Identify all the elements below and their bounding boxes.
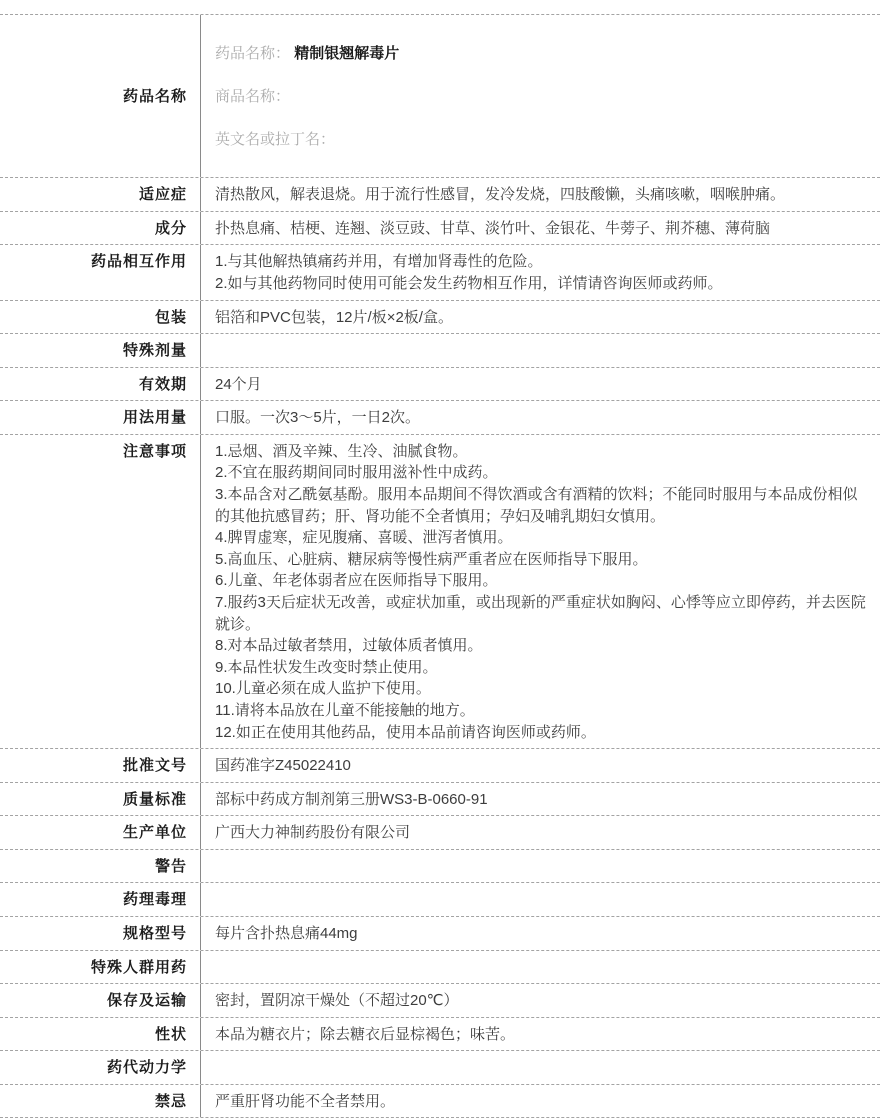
row-properties: 性状 本品为糖衣片；除去糖衣后显棕褐色；味苦。 xyxy=(0,1018,880,1052)
row-label: 警告 xyxy=(0,850,201,883)
row-label: 药品名称 xyxy=(0,15,201,177)
row-drug-interactions: 药品相互作用 1.与其他解热镇痛药并用，有增加肾毒性的危险。 2.如与其他药物同… xyxy=(0,245,880,300)
row-label: 生产单位 xyxy=(0,816,201,849)
row-value: 1.与其他解热镇痛药并用，有增加肾毒性的危险。 2.如与其他药物同时使用可能会发… xyxy=(201,245,880,299)
row-indications: 适应症 清热散风，解表退烧。用于流行性感冒，发冷发烧，四肢酸懒，头痛咳嗽，咽喉肿… xyxy=(0,178,880,212)
row-shelf-life: 有效期 24个月 xyxy=(0,368,880,402)
row-value: 扑热息痛、桔梗、连翘、淡豆豉、甘草、淡竹叶、金银花、牛蒡子、荆芥穗、薄荷脑 xyxy=(201,212,880,245)
row-ingredients: 成分 扑热息痛、桔梗、连翘、淡豆豉、甘草、淡竹叶、金银花、牛蒡子、荆芥穗、薄荷脑 xyxy=(0,212,880,246)
row-packaging: 包装 铝箔和PVC包装，12片/板×2板/盒。 xyxy=(0,301,880,335)
row-value: 每片含扑热息痛44mg xyxy=(201,917,880,950)
row-label: 包装 xyxy=(0,301,201,334)
row-quality-standard: 质量标准 部标中药成方制剂第三册WS3-B-0660-91 xyxy=(0,783,880,817)
row-label: 性状 xyxy=(0,1018,201,1051)
row-label: 规格型号 xyxy=(0,917,201,950)
row-value: 部标中药成方制剂第三册WS3-B-0660-91 xyxy=(201,783,880,816)
row-value: 1.忌烟、酒及辛辣、生冷、油腻食物。 2.不宜在服药期间同时服用滋补性中成药。 … xyxy=(201,435,880,748)
row-value: 药品名称： 精制银翘解毒片 商品名称： 英文名或拉丁名： xyxy=(201,15,880,177)
row-approval-number: 批准文号 国药准字Z45022410 xyxy=(0,749,880,783)
row-drug-name: 药品名称 药品名称： 精制银翘解毒片 商品名称： 英文名或拉丁名： xyxy=(0,15,880,178)
row-value: 密封，置阴凉干燥处（不超过20℃） xyxy=(201,984,880,1017)
row-value: 广西大力神制药股份有限公司 xyxy=(201,816,880,849)
row-label: 特殊剂量 xyxy=(0,334,201,367)
row-contraindications: 禁忌 严重肝肾功能不全者禁用。 xyxy=(0,1085,880,1119)
drug-info-page: 药品名称 药品名称： 精制银翘解毒片 商品名称： 英文名或拉丁名： 适应症 清热… xyxy=(0,0,880,1120)
row-value: 严重肝肾功能不全者禁用。 xyxy=(201,1085,880,1118)
drug-info-table: 药品名称 药品名称： 精制银翘解毒片 商品名称： 英文名或拉丁名： 适应症 清热… xyxy=(0,14,880,1118)
row-label: 用法用量 xyxy=(0,401,201,434)
row-specification: 规格型号 每片含扑热息痛44mg xyxy=(0,917,880,951)
row-value: 国药准字Z45022410 xyxy=(201,749,880,782)
row-value: 铝箔和PVC包装，12片/板×2板/盒。 xyxy=(201,301,880,334)
row-label: 药代动力学 xyxy=(0,1051,201,1084)
row-label: 批准文号 xyxy=(0,749,201,782)
row-label: 禁忌 xyxy=(0,1085,201,1118)
row-usage-dosage: 用法用量 口服。一次3～5片，一日2次。 xyxy=(0,401,880,435)
row-label: 适应症 xyxy=(0,178,201,211)
row-pharmacology-toxicology: 药理毒理 xyxy=(0,883,880,917)
row-label: 注意事项 xyxy=(0,435,201,748)
row-value: 本品为糖衣片；除去糖衣后显棕褐色；味苦。 xyxy=(201,1018,880,1051)
trade-name-line: 商品名称： xyxy=(215,86,868,108)
row-special-population: 特殊人群用药 xyxy=(0,951,880,985)
row-label: 特殊人群用药 xyxy=(0,951,201,984)
row-storage-transport: 保存及运输 密封，置阴凉干燥处（不超过20℃） xyxy=(0,984,880,1018)
drug-name-prefix: 药品名称： xyxy=(215,45,290,62)
row-label: 保存及运输 xyxy=(0,984,201,1017)
row-value xyxy=(201,850,880,883)
row-label: 药品相互作用 xyxy=(0,245,201,299)
row-manufacturer: 生产单位 广西大力神制药股份有限公司 xyxy=(0,816,880,850)
drug-name-line: 药品名称： 精制银翘解毒片 xyxy=(215,43,868,65)
row-value: 24个月 xyxy=(201,368,880,401)
row-value xyxy=(201,1051,880,1084)
row-label: 成分 xyxy=(0,212,201,245)
row-value: 口服。一次3～5片，一日2次。 xyxy=(201,401,880,434)
drug-name-value: 精制银翘解毒片 xyxy=(294,45,399,62)
row-label: 质量标准 xyxy=(0,783,201,816)
row-value xyxy=(201,334,880,367)
row-value: 清热散风，解表退烧。用于流行性感冒，发冷发烧，四肢酸懒，头痛咳嗽，咽喉肿痛。 xyxy=(201,178,880,211)
row-label: 药理毒理 xyxy=(0,883,201,916)
latin-name-line: 英文名或拉丁名： xyxy=(215,129,868,151)
row-value xyxy=(201,883,880,916)
row-special-dosage: 特殊剂量 xyxy=(0,334,880,368)
row-value xyxy=(201,951,880,984)
row-label: 有效期 xyxy=(0,368,201,401)
row-pharmacokinetics: 药代动力学 xyxy=(0,1051,880,1085)
row-precautions: 注意事项 1.忌烟、酒及辛辣、生冷、油腻食物。 2.不宜在服药期间同时服用滋补性… xyxy=(0,435,880,749)
row-warning: 警告 xyxy=(0,850,880,884)
